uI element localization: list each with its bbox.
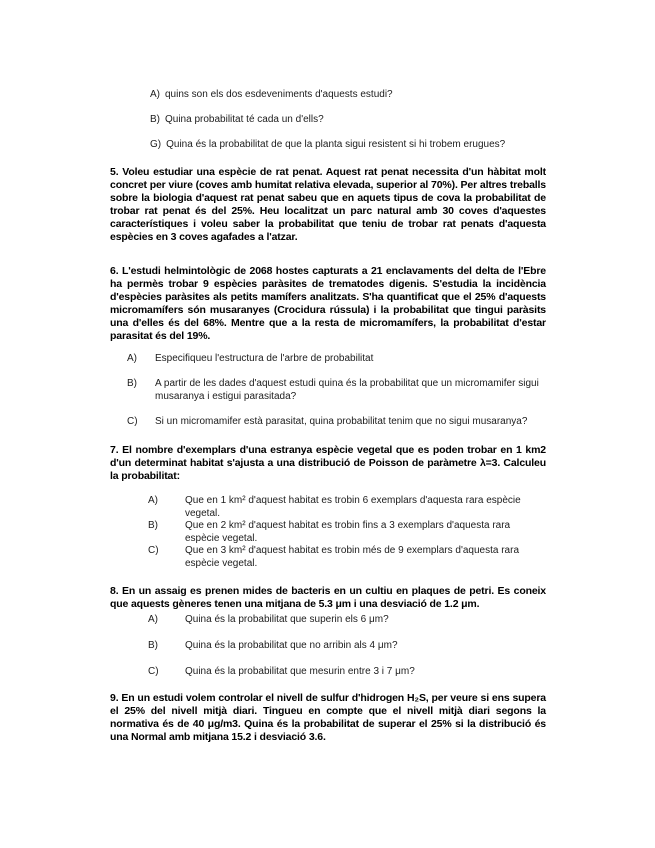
question-label: G) [150, 139, 161, 150]
question-label: C) [148, 665, 185, 678]
problem-8-statement: 8. En un assaig es prenen mides de bacte… [110, 585, 546, 611]
problem-7-question-b: B) Que en 2 km² d'aquest habitat es trob… [148, 520, 546, 545]
question-text: A partir de les dades d'aquest estudi qu… [155, 377, 546, 403]
question-text: Quina és la probabilitat que mesurin ent… [185, 665, 546, 678]
problem-8-question-b: B) Quina és la probabilitat que no arrib… [148, 639, 546, 652]
question-label: B) [148, 520, 185, 545]
problem-6-question-c: C) Si un micromamifer està parasitat, qu… [127, 415, 546, 428]
problem-7-questions: A) Que en 1 km² d'aquest habitat es trob… [110, 495, 546, 570]
question-label: A) [148, 495, 185, 520]
question-label: C) [127, 415, 150, 428]
question-text: Quina és la probabilitat de que la plant… [166, 139, 505, 150]
question-text: Quina és la probabilitat que no arribin … [185, 639, 546, 652]
question-label: C) [148, 545, 185, 570]
problem-7-question-c: C) Que en 3 km² d'aquest habitat es trob… [148, 545, 546, 570]
question-text: Que en 2 km² d'aquest habitat es trobin … [185, 520, 546, 545]
question-label: B) [127, 377, 150, 403]
problem-8-question-a: A) Quina és la probabilitat que superin … [148, 613, 546, 626]
question-text: Quina és la probabilitat que superin els… [185, 613, 546, 626]
problem-6-questions: A) Especifiqueu l'estructura de l'arbre … [110, 352, 546, 428]
problem-8-question-c: C) Quina és la probabilitat que mesurin … [148, 665, 546, 678]
document-content: A)quins son els dos esdeveniments d'aque… [110, 88, 546, 744]
question-label: A) [127, 352, 150, 365]
problem-9-statement: 9. En un estudi volem controlar el nivel… [110, 692, 546, 744]
problem-7-statement: 7. El nombre d'exemplars d'una estranya … [110, 444, 546, 483]
question-text: Quina probabilitat té cada un d'ells? [165, 114, 324, 125]
problem-5-statement: 5. Voleu estudiar una espècie de rat pen… [110, 166, 546, 244]
problem-6-question-b: B) A partir de les dades d'aquest estudi… [127, 377, 546, 403]
question-text: quins son els dos esdeveniments d'aquest… [165, 89, 393, 100]
intro-question-a: A)quins son els dos esdeveniments d'aque… [150, 88, 546, 101]
question-label: A) [150, 89, 160, 100]
question-text: Que en 1 km² d'aquest habitat es trobin … [185, 495, 546, 520]
problem-6-statement: 6. L'estudi helmintològic de 2068 hostes… [110, 265, 546, 343]
question-text: Si un micromamifer està parasitat, quina… [155, 415, 546, 428]
problem-7-question-a: A) Que en 1 km² d'aquest habitat es trob… [148, 495, 546, 520]
intro-question-g: G)Quina és la probabilitat de que la pla… [150, 138, 546, 151]
question-text: Que en 3 km² d'aquest habitat es trobin … [185, 545, 546, 570]
question-label: B) [150, 114, 160, 125]
question-label: A) [148, 613, 185, 626]
question-label: B) [148, 639, 185, 652]
problem-8-questions: A) Quina és la probabilitat que superin … [110, 613, 546, 678]
question-text: Especifiqueu l'estructura de l'arbre de … [155, 352, 546, 365]
intro-question-b: B)Quina probabilitat té cada un d'ells? [150, 113, 546, 126]
problem-6-question-a: A) Especifiqueu l'estructura de l'arbre … [127, 352, 546, 365]
intro-question-list: A)quins son els dos esdeveniments d'aque… [110, 88, 546, 151]
document-page: A)quins son els dos esdeveniments d'aque… [0, 0, 655, 848]
